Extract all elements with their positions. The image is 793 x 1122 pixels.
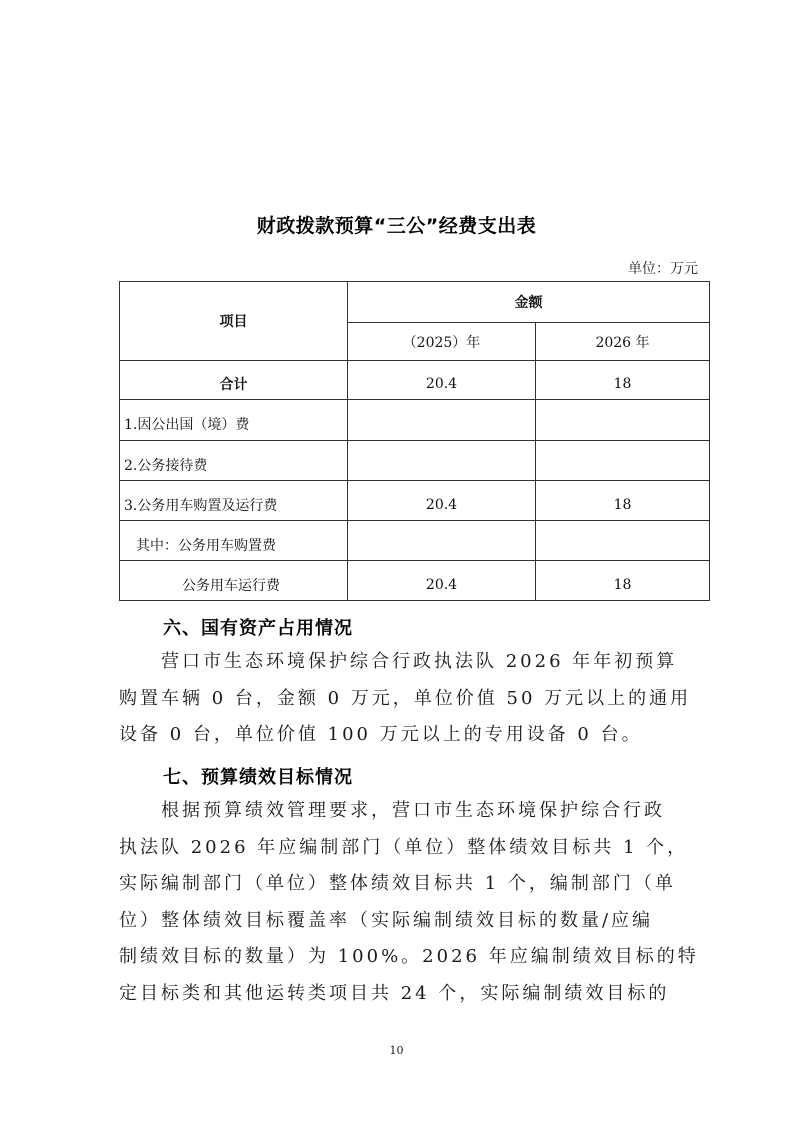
row-item: 其中：公务用车购置费 [120,521,348,561]
paragraph-line: 执法队 2026 年应编制部门（单位）整体绩效目标共 1 个， [119,837,709,859]
row-value-2026: 18 [536,481,710,521]
header-item: 项目 [120,282,348,361]
section-heading-performance: 七、预算绩效目标情况 [163,763,353,789]
paragraph-line: 购置车辆 0 台，金额 0 万元，单位价值 50 万元以上的通用 [119,688,709,710]
unit-label: 单位：万元 [628,258,698,278]
row-item: 合计 [120,361,348,400]
row-item: 公务用车运行费 [120,561,348,601]
table-row: 其中：公务用车购置费 [120,521,710,561]
row-item: 1.因公出国（境）费 [120,400,348,441]
row-value-2026: 18 [536,361,710,400]
row-value-2025: 20.4 [348,481,536,521]
paragraph-line: 设备 0 台，单位价值 100 万元以上的专用设备 0 台。 [119,724,709,746]
header-amount: 金额 [348,282,710,323]
paragraph-line: 位）整体绩效目标覆盖率（实际编制绩效目标的数量/应编 [119,910,709,932]
three-public-expenses-table: 项目 金额 （2025）年 2026 年 合计 20.4 18 1.因公出国（境… [119,281,710,601]
row-value-2025 [348,521,536,561]
row-value-2025: 20.4 [348,361,536,400]
row-value-2026 [536,521,710,561]
table-row: 2.公务接待费 [120,441,710,481]
paragraph-line: 实际编制部门（单位）整体绩效目标共 1 个，编制部门（单 [119,873,709,895]
header-year-2025: （2025）年 [348,323,536,361]
row-item: 2.公务接待费 [120,441,348,481]
row-value-2025: 20.4 [348,561,536,601]
row-value-2026 [536,441,710,481]
header-year-2026: 2026 年 [536,323,710,361]
table-title: 财政拨款预算“三公”经费支出表 [0,211,793,238]
paragraph-line: 制绩效目标的数量）为 100%。2026 年应编制绩效目标的特 [119,946,709,968]
section-heading-assets: 六、国有资产占用情况 [163,614,353,640]
page-number: 10 [0,1044,793,1057]
row-value-2025 [348,441,536,481]
table-row: 1.因公出国（境）费 [120,400,710,441]
table-header-row: 项目 金额 [120,282,710,323]
table-row: 公务用车运行费 20.4 18 [120,561,710,601]
paragraph-line: 根据预算绩效管理要求，营口市生态环境保护综合行政 [161,800,709,822]
table-row-total: 合计 20.4 18 [120,361,710,400]
row-item: 3.公务用车购置及运行费 [120,481,348,521]
row-value-2026: 18 [536,561,710,601]
paragraph-line: 营口市生态环境保护综合行政执法队 2026 年年初预算 [161,651,709,673]
paragraph-line: 定目标类和其他运转类项目共 24 个，实际编制绩效目标的 [119,983,709,1005]
table-row: 3.公务用车购置及运行费 20.4 18 [120,481,710,521]
row-value-2026 [536,400,710,441]
row-value-2025 [348,400,536,441]
